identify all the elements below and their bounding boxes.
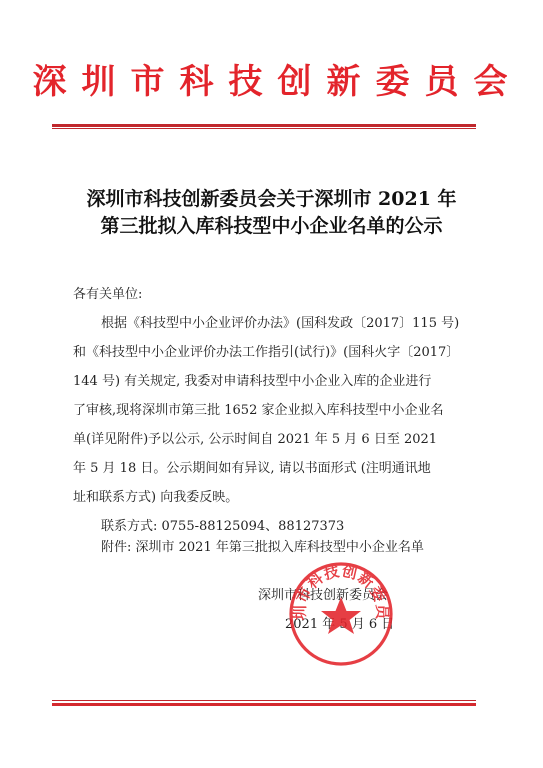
document-title: 深圳市科技创新委员会关于深圳市 2021 年 第三批拟入库科技型中小企业名单的公… bbox=[0, 186, 543, 240]
body-line: 年 5 月 18 日。公示期间如有异议, 请以书面形式 (注明通讯地 bbox=[73, 454, 475, 483]
salutation: 各有关单位: bbox=[73, 280, 475, 309]
title-line-2: 第三批拟入库科技型中小企业名单的公示 bbox=[0, 213, 543, 240]
document-body: 各有关单位: 根据《科技型中小企业评价办法》(国科发政〔2017〕115 号) … bbox=[73, 280, 475, 541]
letterhead-organization: 深圳市科技创新委员会 bbox=[0, 60, 543, 104]
body-line: 了审核,现将深圳市第三批 1652 家企业拟入库科技型中小企业名 bbox=[73, 396, 475, 425]
body-line: 144 号) 有关规定, 我委对申请科技型中小企业入库的企业进行 bbox=[73, 367, 475, 396]
letterhead-divider bbox=[52, 124, 476, 130]
signature-issuer: 深圳市科技创新委员会 bbox=[258, 584, 388, 603]
attachment-reference: 附件: 深圳市 2021 年第三批拟入库科技型中小企业名单 bbox=[101, 536, 424, 555]
divider-thick-line bbox=[52, 703, 476, 706]
divider-thin-line bbox=[52, 128, 476, 129]
body-line: 根据《科技型中小企业评价办法》(国科发政〔2017〕115 号) bbox=[73, 309, 475, 338]
body-line: 址和联系方式) 向我委反映。 bbox=[73, 483, 475, 512]
body-line: 和《科技型中小企业评价办法工作指引(试行)》(国科火字〔2017〕 bbox=[73, 338, 475, 367]
footer-divider bbox=[52, 700, 476, 706]
title-line-1: 深圳市科技创新委员会关于深圳市 2021 年 bbox=[0, 186, 543, 213]
body-line: 单(详见附件)予以公示, 公示时间自 2021 年 5 月 6 日至 2021 bbox=[73, 425, 475, 454]
divider-thick-line bbox=[52, 124, 476, 127]
signature-date: 2021 年 5 月 6 日 bbox=[285, 613, 394, 632]
divider-thin-line bbox=[52, 700, 476, 701]
